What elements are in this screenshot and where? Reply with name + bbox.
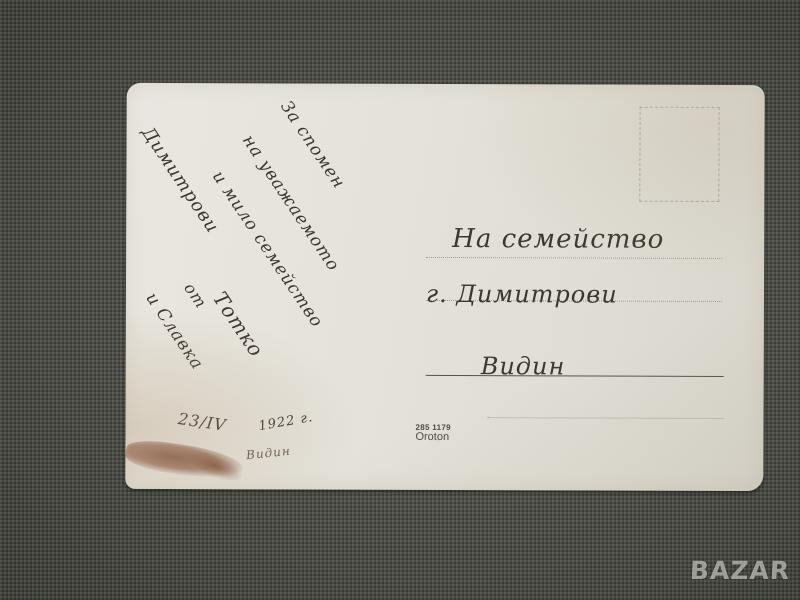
message-line-5: от	[180, 279, 211, 312]
handwritten-date: 23/IV	[177, 409, 228, 435]
address-recipient: На семейство	[452, 224, 664, 255]
address-family: г. Димитрови	[426, 280, 618, 309]
printer-mark: 285 1179 Oroton	[415, 424, 450, 444]
address-line-3	[426, 375, 724, 377]
printer-brand: Oroton	[415, 432, 450, 444]
address-city: Видин	[481, 352, 566, 380]
message-line-6: Тотко	[208, 287, 269, 361]
handwritten-place: Видин	[245, 444, 291, 462]
postcard: На семейство г. Димитрови Видин За споме…	[125, 83, 764, 491]
address-line-4	[488, 417, 724, 419]
watermark-logo: BAZAR	[689, 556, 791, 585]
address-line-1	[426, 257, 722, 259]
handwritten-year: 1922 г.	[258, 410, 315, 434]
stamp-box	[639, 107, 719, 202]
message-line-1: За спомен	[276, 97, 349, 192]
